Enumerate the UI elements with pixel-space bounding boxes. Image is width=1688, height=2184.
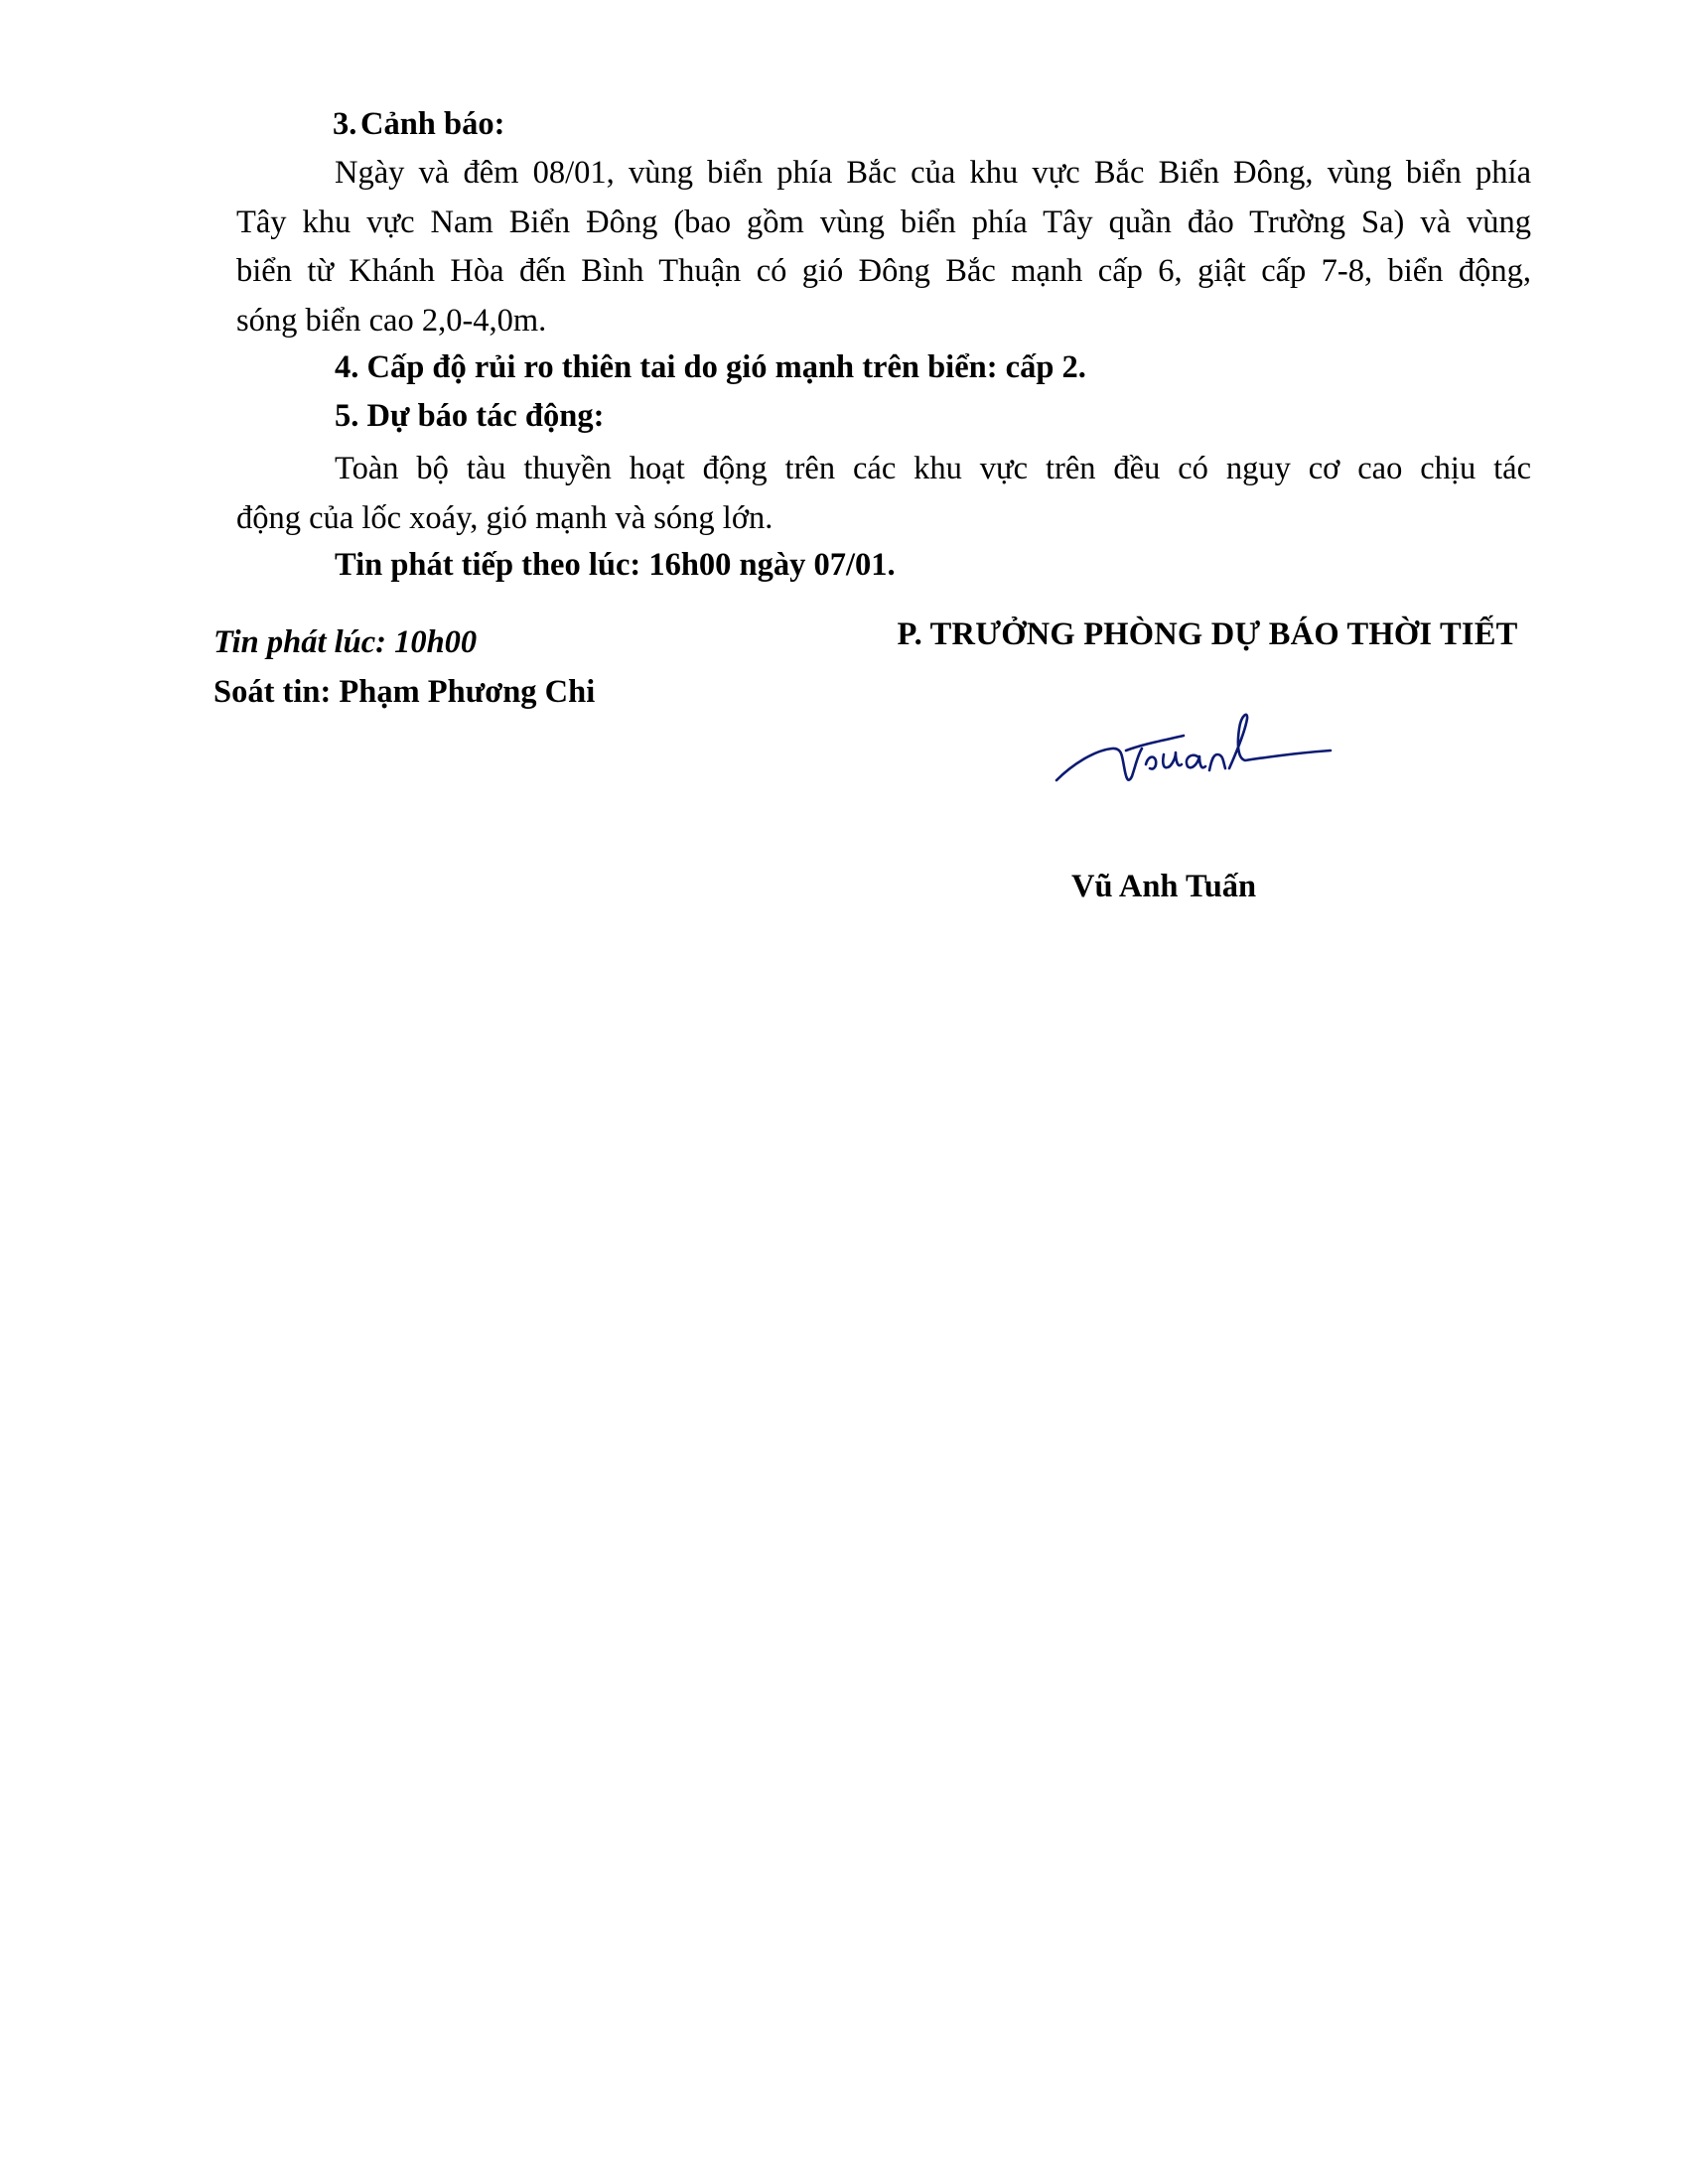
section-3-body: Ngày và đêm 08/01, vùng biển phía Bắc củ… <box>236 149 1531 345</box>
signer-title: P. TRƯỞNG PHÒNG DỰ BÁO THỜI TIẾT <box>866 611 1549 660</box>
section-3-line: sóng biển cao 2,0-4,0m. <box>236 297 1531 346</box>
section-3-line: biển từ Khánh Hòa đến Bình Thuận có gió … <box>236 247 1531 297</box>
section-5-heading: 5. Dự báo tác động: <box>335 392 604 442</box>
next-bulletin-time: Tin phát tiếp theo lúc: 16h00 ngày 07/01… <box>335 541 896 591</box>
section-5-line: động của lốc xoáy, gió mạnh và sóng lớn. <box>236 494 1531 544</box>
reviewed-by: Soát tin: Phạm Phương Chi <box>213 668 595 718</box>
section-3-number: 3. <box>333 100 360 150</box>
signature-image <box>1043 695 1350 804</box>
issued-at: Tin phát lúc: 10h00 <box>213 618 477 668</box>
section-3-title: Cảnh báo: <box>360 106 504 142</box>
section-3-line: Ngày và đêm 08/01, vùng biển phía Bắc củ… <box>236 149 1531 199</box>
section-3-line: Tây khu vực Nam Biển Đông (bao gồm vùng … <box>236 199 1531 248</box>
section-3-heading: 3.Cảnh báo: <box>333 100 504 150</box>
section-5-body: Toàn bộ tàu thuyền hoạt động trên các kh… <box>236 445 1531 543</box>
section-4-risk-level: 4. Cấp độ rủi ro thiên tai do gió mạnh t… <box>335 343 1086 393</box>
document-page: 3.Cảnh báo: Ngày và đêm 08/01, vùng biển… <box>0 0 1688 2184</box>
handwritten-signature-icon <box>1043 695 1350 804</box>
signer-name: Vũ Anh Tuấn <box>1071 863 1256 912</box>
section-5-line: Toàn bộ tàu thuyền hoạt động trên các kh… <box>236 445 1531 494</box>
